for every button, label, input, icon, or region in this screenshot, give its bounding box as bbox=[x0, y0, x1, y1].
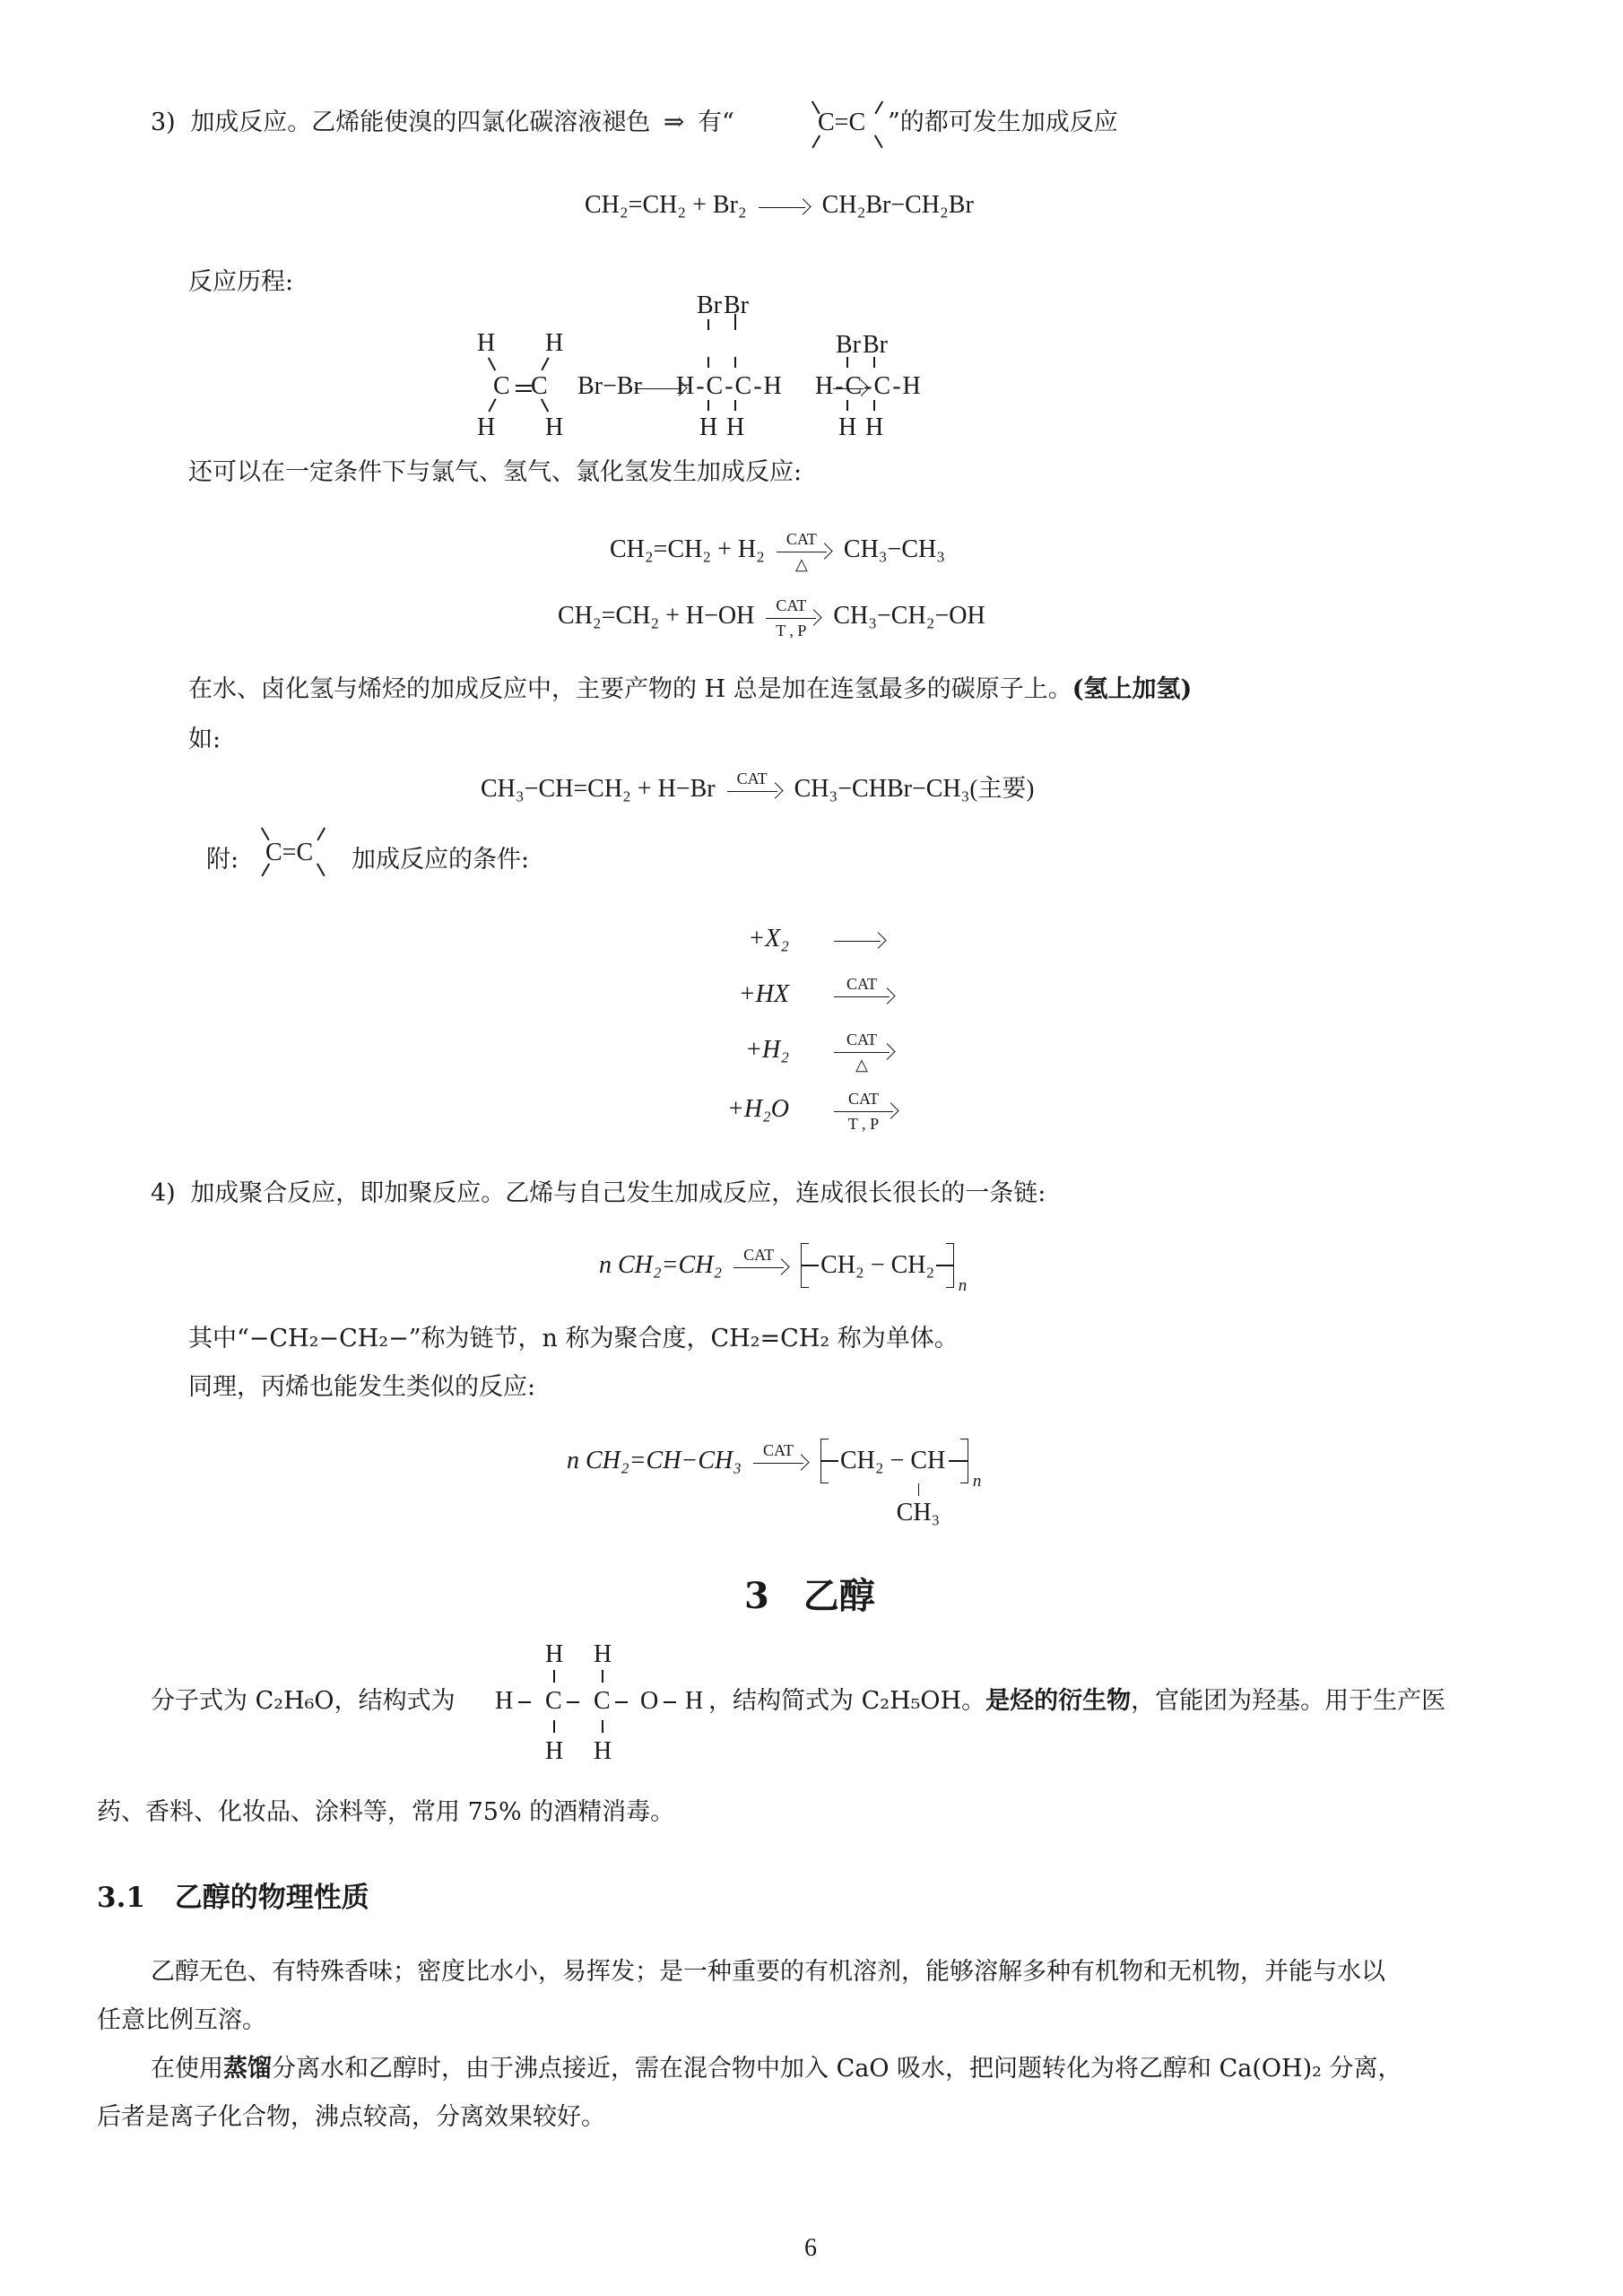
atom-h: H bbox=[545, 1736, 563, 1767]
cc-double-bond-diagram: C=C bbox=[258, 822, 339, 884]
atom-h: H bbox=[477, 328, 495, 359]
arrow-over-label: CAT bbox=[834, 1031, 890, 1048]
ethanol-intro-b: ，结构简式为 C₂H₅OH。是烃的衍生物，官能团为羟基。用于生产医 bbox=[708, 1686, 1445, 1717]
arrow-over-label: CAT bbox=[753, 1442, 803, 1458]
para-emphasis: 蒸馏 bbox=[223, 2055, 272, 2083]
atom-h: H bbox=[477, 413, 495, 443]
equation-rhs: CH₃−CHBr−CH₃ bbox=[794, 775, 970, 803]
arrow-over-label: CAT bbox=[733, 1247, 784, 1263]
atom-h: H bbox=[685, 1686, 703, 1717]
ethanol-structure: H H H C C O H H H bbox=[495, 1639, 710, 1774]
arrow-over-label: CAT bbox=[727, 770, 777, 787]
atom-c: C bbox=[493, 371, 510, 402]
cc-label: C=C bbox=[818, 108, 865, 138]
atom-h: H bbox=[594, 1736, 612, 1767]
para-text: 分离水和乙醇时，由于沸点接近，需在混合物中加入 CaO 吸水，把问题转化为将乙醇… bbox=[272, 2055, 1402, 2083]
condition-reagent: +HX bbox=[739, 980, 789, 1008]
arrow-under-label: T , P bbox=[834, 1116, 893, 1132]
arrow-under-label: △ bbox=[777, 556, 827, 572]
arrow-under-label: △ bbox=[834, 1057, 890, 1073]
atom-h: H bbox=[838, 413, 856, 443]
reaction-arrow: CAT T , P bbox=[766, 603, 821, 633]
reaction-arrow: CAT bbox=[733, 1252, 789, 1283]
reaction-arrow: CAT △ bbox=[777, 536, 832, 567]
cc-double-bond-diagram: C=C bbox=[807, 97, 888, 151]
mechanism-diagram: H H C C H H Br−Br Br Br H-C-C-H H H Br B… bbox=[466, 278, 1184, 448]
atom-c: C bbox=[594, 1686, 611, 1717]
implies-symbol: ⇒ bbox=[664, 109, 684, 136]
repeat-unit: CH₂ − CH₂ n bbox=[801, 1250, 954, 1281]
example-label: 如: bbox=[188, 725, 221, 755]
repeat-unit: CH₂ − CH CH₃ n bbox=[820, 1446, 968, 1476]
repeat-unit-formula: CH₂ − CH bbox=[840, 1447, 945, 1474]
physical-props-line2: 任意比例互溶。 bbox=[97, 2005, 266, 2036]
item-number: 3) bbox=[151, 109, 176, 136]
equation-rhs: CH₃−CH₃ bbox=[844, 535, 945, 563]
atom-h: H bbox=[545, 328, 563, 359]
equation-bromine: CH₂=CH₂ + Br₂ CH₂Br−CH₂Br bbox=[585, 190, 974, 222]
condition-row: +HX CAT bbox=[699, 979, 933, 1035]
subsection-title: 乙醇的物理性质 bbox=[175, 1882, 369, 1914]
atom-h: H bbox=[495, 1686, 513, 1717]
atom-h: H bbox=[699, 413, 717, 443]
cc-label: C=C bbox=[265, 838, 313, 868]
subsection-heading: 3.1 乙醇的物理性质 bbox=[97, 1880, 369, 1916]
section-heading: 3 乙醇 bbox=[744, 1575, 875, 1618]
section-title: 乙醇 bbox=[803, 1575, 875, 1617]
propene-text: 同理，丙烯也能发生类似的反应: bbox=[188, 1372, 535, 1403]
atom-br: Br bbox=[697, 291, 722, 321]
atom-br: Br bbox=[724, 291, 749, 321]
condition-row: +H₂ CAT△ bbox=[699, 1035, 933, 1094]
mechanism-label: 反应历程: bbox=[188, 267, 293, 298]
page-number: 6 bbox=[804, 2233, 817, 2264]
intermediate-chain: H-C-C-H bbox=[676, 371, 784, 402]
intro-emphasis: 是烃的衍生物 bbox=[985, 1687, 1131, 1715]
condition-reagent: +X₂ bbox=[748, 925, 789, 952]
para-text: 在使用 bbox=[151, 2055, 223, 2083]
atom-c: C bbox=[545, 1686, 562, 1717]
section-number: 3 bbox=[744, 1575, 769, 1617]
arrow-over-label: CAT bbox=[834, 976, 890, 992]
item3-text: 加成反应。乙烯能使溴的四氯化碳溶液褪色 bbox=[190, 109, 650, 136]
arrow-over-label: CAT bbox=[777, 531, 827, 547]
physical-props-line1: 乙醇无色、有特殊香味；密度比水小，易挥发；是一种重要的有机溶剂，能够溶解多种有机… bbox=[151, 1957, 1385, 1987]
rule-text: 在水、卤化氢与烯烃的加成反应中，主要产物的 H 总是加在连氢最多的碳原子上。 bbox=[188, 675, 1072, 703]
distillation-line2: 后者是离子化合物，沸点较高，分离效果较好。 bbox=[97, 2102, 605, 2133]
equation-lhs: n CH₂=CH₂ bbox=[599, 1251, 722, 1279]
other-reagents-text: 还可以在一定条件下与氯气、氢气、氯化氢发生加成反应: bbox=[188, 457, 802, 488]
equation-polyethylene: n CH₂=CH₂ CAT CH₂ − CH₂ n bbox=[599, 1250, 1065, 1313]
equation-rhs: CH₃−CH₂−OH bbox=[833, 602, 985, 630]
item3-tail-post: ”的都可发生加成反应 bbox=[888, 108, 1118, 138]
arrow-under-label: T , P bbox=[766, 622, 816, 639]
atom-h: H bbox=[545, 1639, 563, 1670]
atom-h: H bbox=[545, 413, 563, 443]
polymer-terms: 其中“−CH₂−CH₂−”称为链节，n 称为聚合度，CH₂=CH₂ 称为单体。 bbox=[188, 1324, 959, 1354]
equation-lhs: n CH₂=CH−CH₃ bbox=[567, 1447, 742, 1474]
methyl-branch: CH₃ bbox=[897, 1498, 941, 1528]
distillation-line1: 在使用蒸馏分离水和乙醇时，由于沸点接近，需在混合物中加入 CaO 吸水，把问题转… bbox=[151, 2054, 1402, 2084]
degree-subscript: n bbox=[959, 1277, 968, 1295]
equation-lhs: CH₃−CH=CH₂ + H−Br bbox=[481, 775, 716, 803]
atom-o: O bbox=[640, 1686, 658, 1717]
equation-rhs: CH₂Br−CH₂Br bbox=[822, 191, 974, 219]
item3-line: 3) 加成反应。乙烯能使溴的四氯化碳溶液褪色 ⇒ 有“ bbox=[151, 108, 734, 138]
reaction-arrow: CAT bbox=[834, 981, 895, 1012]
condition-reagent: +H₂ bbox=[745, 1036, 789, 1064]
arrow-over-label: CAT bbox=[766, 597, 816, 613]
reaction-arrow: CATT , P bbox=[834, 1096, 898, 1126]
atom-br: Br bbox=[836, 330, 861, 361]
appendix-text: 加成反应的条件: bbox=[352, 845, 529, 875]
equation-hydrogenation: CH₂=CH₂ + H₂ CAT △ CH₃−CH₃ bbox=[610, 535, 945, 567]
arrow-over-label: CAT bbox=[834, 1091, 893, 1107]
atom-c: C bbox=[531, 371, 548, 402]
product-chain: H-C-C-H bbox=[815, 371, 923, 402]
equation-lhs: CH₂=CH₂ + Br₂ bbox=[585, 191, 747, 219]
major-product-note: (主要) bbox=[969, 775, 1034, 802]
equation-hbr: CH₃−CH=CH₂ + H−Br CAT CH₃−CHBr−CH₃(主要) bbox=[481, 773, 1034, 806]
item4-text: 加成聚合反应，即加聚反应。乙烯与自己发生加成反应，连成很长很长的一条链: bbox=[190, 1179, 1046, 1207]
ethanol-intro-a: 分子式为 C₂H₆O，结构式为 bbox=[151, 1686, 456, 1717]
atom-h: H bbox=[726, 413, 744, 443]
rule-emphasis: (氢上加氢) bbox=[1072, 675, 1193, 703]
equation-polypropylene: n CH₂=CH−CH₃ CAT CH₂ − CH CH₃ n bbox=[567, 1446, 1123, 1544]
condition-reagent: +H₂O bbox=[727, 1095, 789, 1123]
item4-line: 4) 加成聚合反应，即加聚反应。乙烯与自己发生加成反应，连成很长很长的一条链: bbox=[151, 1178, 1046, 1209]
item3-tail-pre: 有“ bbox=[698, 109, 734, 136]
reagent-br2: Br−Br bbox=[577, 371, 642, 402]
repeat-unit-formula: CH₂ − CH₂ bbox=[820, 1251, 934, 1279]
atom-h: H bbox=[865, 413, 883, 443]
subsection-number: 3.1 bbox=[97, 1882, 145, 1914]
condition-row: +X₂ bbox=[699, 924, 933, 979]
atom-br: Br bbox=[863, 330, 888, 361]
ethanol-intro-line2: 药、香料、化妆品、涂料等，常用 75% 的酒精消毒。 bbox=[97, 1797, 674, 1828]
reaction-arrow bbox=[759, 192, 811, 222]
item-number: 4) bbox=[151, 1179, 176, 1207]
reaction-arrow: CAT bbox=[727, 776, 783, 806]
condition-row: +H₂O CATT , P bbox=[699, 1094, 933, 1150]
degree-subscript: n bbox=[973, 1473, 982, 1491]
equation-lhs: CH₂=CH₂ + H−OH bbox=[558, 602, 754, 630]
reaction-arrow bbox=[834, 926, 886, 956]
conditions-list: +X₂ +HX CAT +H₂ CAT△ +H₂O CATT , P bbox=[699, 924, 933, 1150]
intro-text: ，结构简式为 C₂H₅OH。 bbox=[708, 1687, 985, 1715]
markovnikov-rule: 在水、卤化氢与烯烃的加成反应中，主要产物的 H 总是加在连氢最多的碳原子上。(氢… bbox=[188, 674, 1192, 705]
equation-lhs: CH₂=CH₂ + H₂ bbox=[610, 535, 765, 563]
reaction-arrow: CAT bbox=[753, 1448, 809, 1478]
atom-h: H bbox=[594, 1639, 612, 1670]
equation-hydration: CH₂=CH₂ + H−OH CAT T , P CH₃−CH₂−OH bbox=[558, 601, 985, 633]
intro-text: ，官能团为羟基。用于生产医 bbox=[1131, 1687, 1445, 1715]
appendix-label: 附: bbox=[206, 845, 239, 875]
reaction-arrow: CAT△ bbox=[834, 1037, 895, 1067]
